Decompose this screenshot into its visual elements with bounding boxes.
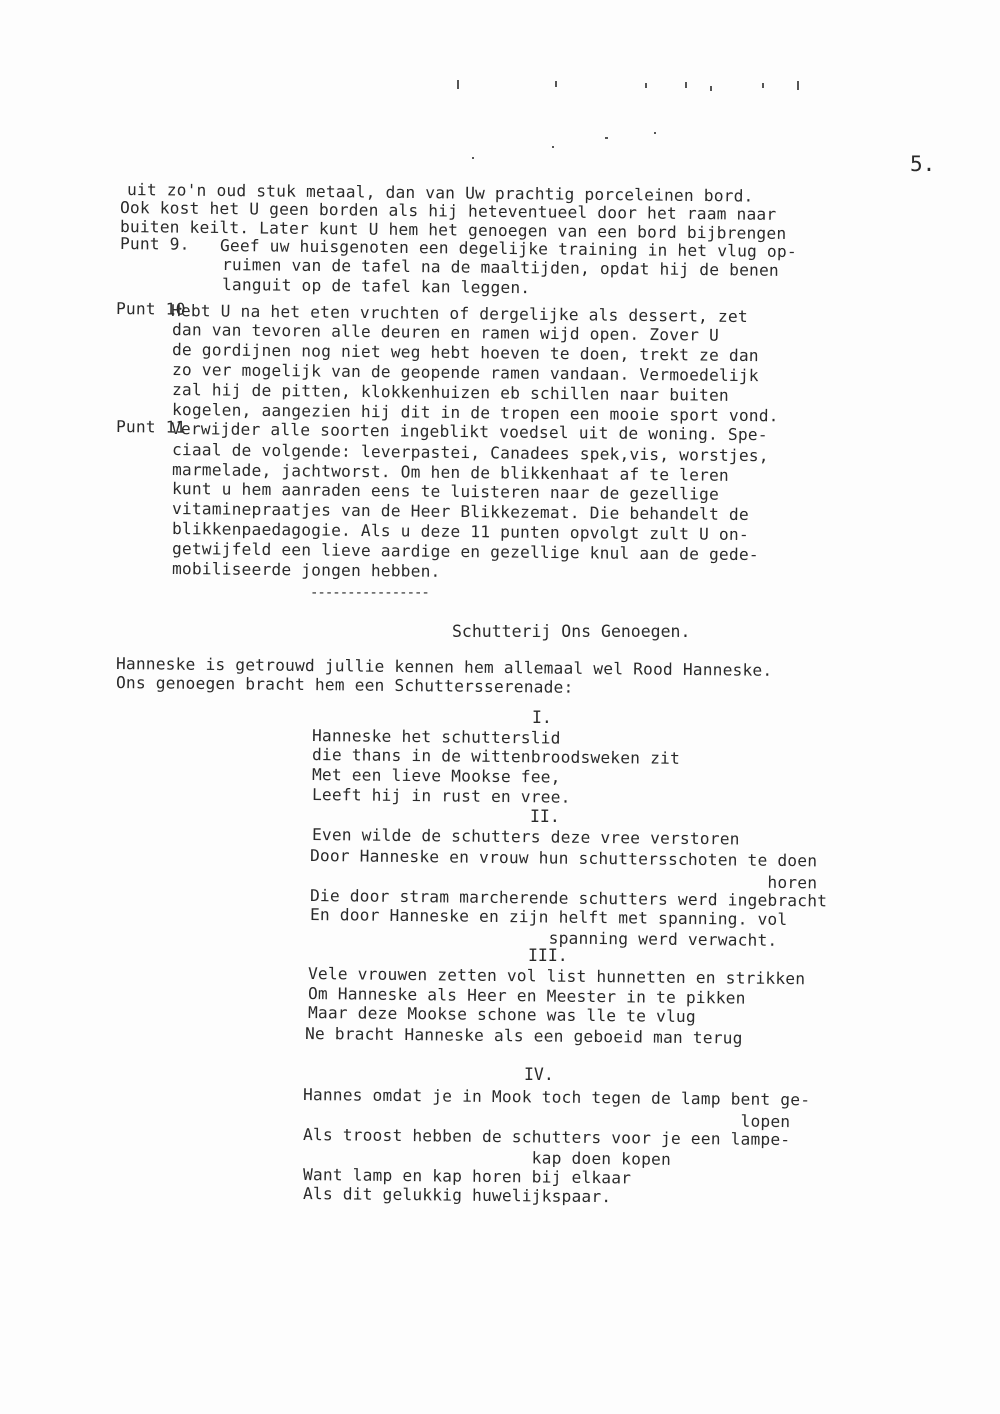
point-line: Verwijder alle soorten ingeblikt voedsel… <box>171 420 768 443</box>
verse-line: Hannes omdat je in Mook toch tegen de la… <box>303 1086 810 1108</box>
verse-line: Als troost hebben de schutters voor je e… <box>303 1126 790 1148</box>
page-number: 5. <box>910 152 935 176</box>
scan-specks-decoration <box>440 75 820 165</box>
verse-line: Ne bracht Hanneske als een geboeid man t… <box>305 1025 743 1047</box>
verse-line: Want lamp en kap horen bij elkaar <box>303 1166 631 1186</box>
point-line: mobiliseerde jongen hebben. <box>172 560 441 580</box>
verse-numeral: IV. <box>524 1065 554 1084</box>
point-label: Punt 9. <box>120 235 190 253</box>
verse-line: Als dit gelukkig huwelijkspaar. <box>303 1185 611 1205</box>
verse-line: Even wilde de schutters deze vree versto… <box>312 826 740 847</box>
verse-numeral: II. <box>530 807 560 826</box>
point-line: languit op de tafel kan leggen. <box>222 276 530 296</box>
section-title: Schutterij Ons Genoegen. <box>452 622 690 641</box>
verse-line: Hanneske het schutterslid <box>312 727 561 747</box>
verse-line: En door Hanneske en zijn helft met spann… <box>310 906 788 928</box>
verse-numeral: I. <box>532 708 552 727</box>
document-page: 5. uit zo'n oud stuk metaal, dan van Uw … <box>0 0 1000 1414</box>
verse-line: Maar deze Mookse schone was lle te vlug <box>308 1004 696 1025</box>
verse-line: die thans in de wittenbroodsweken zit <box>312 746 680 767</box>
verse-line: Door Hanneske en vrouw hun schuttersscho… <box>310 847 817 869</box>
section-intro-line: Ons genoegen bracht hem een Schuttersser… <box>116 674 574 696</box>
section-divider: ---------------- <box>310 585 429 601</box>
verse-line: Leeft hij in rust en vree. <box>312 786 571 806</box>
verse-numeral: III. <box>528 946 568 965</box>
verse-line: Met een lieve Mookse fee, <box>312 766 561 786</box>
